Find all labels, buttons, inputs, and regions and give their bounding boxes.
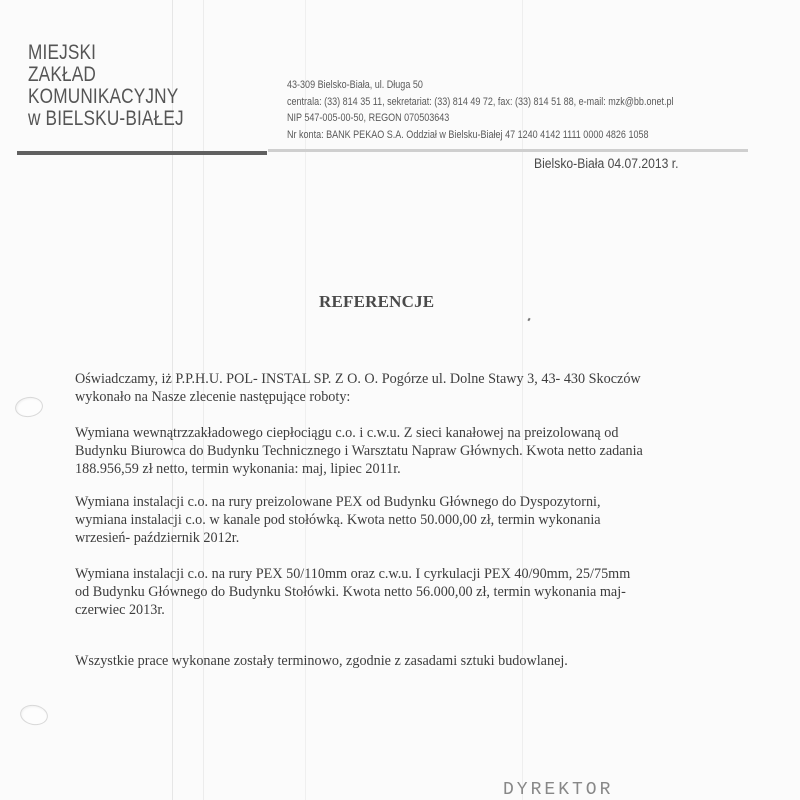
tax-id-line: NIP 547-005-00-50, REGON 070503643 [287,110,674,127]
text-line: od Budynku Głównego do Budynku Stołówki.… [75,583,630,601]
document-title: REFERENCJE [319,292,434,312]
contact-divider [268,149,748,152]
scan-speck [527,318,530,322]
closing-paragraph: Wszystkie prace wykonane zostały termino… [75,652,568,670]
phone-email-line: centrala: (33) 814 35 11, sekretariat: (… [287,94,674,111]
text-line: czerwiec 2013r. [75,601,630,619]
letterhead-contact-block: 43-309 Bielsko-Biała, ul. Długa 50 centr… [287,77,674,143]
letter-date: Bielsko-Biała 04.07.2013 r. [534,156,679,171]
work-item-paragraph: Wymiana wewnątrzzakładowego ciepłociągu … [75,424,643,478]
org-name-line: ZAKŁAD [28,64,184,86]
text-line: Wymiana instalacji c.o. na rury preizolo… [75,493,601,511]
bank-account-line: Nr konta: BANK PEKAO S.A. Oddział w Biel… [287,127,674,144]
org-name-line: KOMUNIKACYJNY [28,86,184,108]
punch-hole [18,703,49,728]
organization-logo-text: MIEJSKI ZAKŁAD KOMUNIKACYJNY w BIELSKU-B… [28,42,184,130]
text-line: wykonało na Nasze zlecenie następujące r… [75,388,641,406]
text-line: Wymiana instalacji c.o. na rury PEX 50/1… [75,565,630,583]
letterhead-divider [17,151,267,155]
text-line: Budynku Biurowca do Budynku Technicznego… [75,442,643,460]
director-stamp: DYREKTOR [503,780,613,800]
work-item-paragraph: Wymiana instalacji c.o. na rury preizolo… [75,493,601,547]
org-name-line: w BIELSKU-BIAŁEJ [28,108,184,130]
address-line: 43-309 Bielsko-Biała, ul. Długa 50 [287,77,674,94]
intro-paragraph: Oświadczamy, iż P.P.H.U. POL- INSTAL SP.… [75,370,641,406]
text-line: Wymiana wewnątrzzakładowego ciepłociągu … [75,424,643,442]
text-line: Wszystkie prace wykonane zostały termino… [75,652,568,670]
text-line: 188.956,59 zł netto, termin wykonania: m… [75,460,643,478]
org-name-line: MIEJSKI [28,42,184,64]
scanned-letter-page: MIEJSKI ZAKŁAD KOMUNIKACYJNY w BIELSKU-B… [0,0,800,800]
punch-hole [14,395,45,419]
text-line: wymiana instalacji c.o. w kanale pod sto… [75,511,601,529]
text-line: wrzesień- październik 2012r. [75,529,601,547]
text-line: Oświadczamy, iż P.P.H.U. POL- INSTAL SP.… [75,370,641,388]
work-item-paragraph: Wymiana instalacji c.o. na rury PEX 50/1… [75,565,630,619]
